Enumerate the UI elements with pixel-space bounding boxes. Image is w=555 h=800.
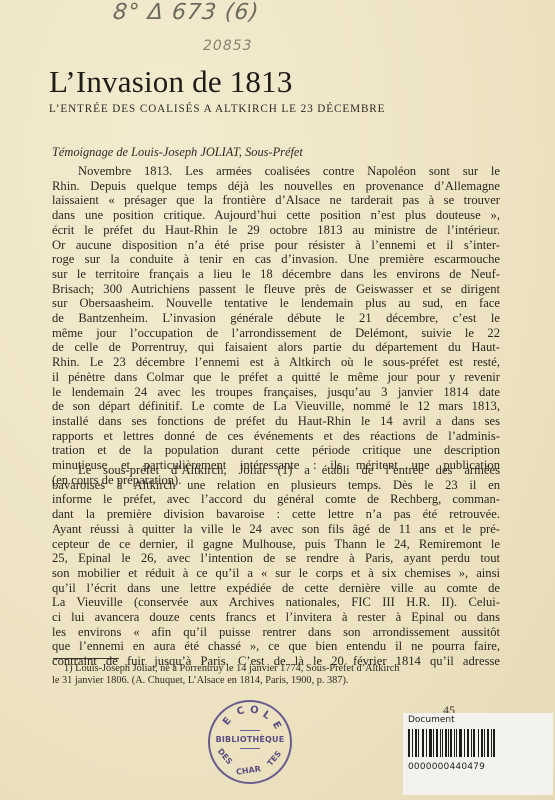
handwritten-shelfmark: 8° Δ 673 (6) — [112, 0, 261, 25]
text-line: Ayant réussi à quitter la ville le 24 av… — [52, 522, 500, 537]
text-line: Brisach; 300 Autrichiens passent le fleu… — [52, 282, 500, 297]
article-title: L’Invasion de 1813 — [49, 64, 293, 100]
stamp-top-arc-letter: E — [270, 720, 283, 731]
text-line: son mobilier et réduit à ce qu’il a « su… — [52, 566, 500, 581]
stamp-top-arc: E — [221, 715, 234, 727]
paragraph-1: Novembre 1813. Les armées coalisées cont… — [52, 164, 500, 487]
article-subtitle: L’ENTRÉE DES COALISÉS A ALTKIRCH LE 23 D… — [49, 103, 385, 115]
footnote: 1) Louis-Joseph Joliat, né à Porrentruy … — [52, 663, 500, 688]
text-line: 25, Epinal le 26, avec l’intention de se… — [52, 551, 500, 566]
stamp-top-arc-letter: C — [235, 705, 246, 718]
text-line: de celle de Porrentruy, qui faisaient al… — [52, 340, 500, 355]
text-line: laissaient « présager que la frontière d… — [52, 193, 500, 208]
stamp-top-arc-letter: O — [249, 704, 259, 716]
text-line: dant la première division bavaroise : ce… — [52, 507, 500, 522]
text-line: dans une position critique. Aujourd’hui … — [52, 208, 500, 223]
paragraph-2: Le sous-préfet d’Altkirch, Joliat (1) a … — [52, 463, 500, 669]
barcode-number: 0000000440479 — [408, 762, 485, 772]
stamp-rule — [240, 748, 260, 749]
text-line: sur le territoire français a lieu le 18 … — [52, 267, 500, 282]
stamp-bottom-arc-letter: DES — [216, 747, 234, 766]
stamp-center-text: BIBLIOTHÈQUE — [210, 735, 290, 744]
text-line: Le sous-préfet d’Altkirch, Joliat (1) a … — [52, 463, 500, 478]
text-line: installé dans ses fonctions de préfet du… — [52, 414, 500, 429]
footnote-line: 1) Louis-Joseph Joliat, né à Porrentruy … — [52, 663, 500, 675]
text-line: de son départ définitif. Le comte de La … — [52, 399, 500, 414]
text-line: roge sur la conduite à tenir en cas d’in… — [52, 252, 500, 267]
text-line: cepteur de ce dernier, il gagne Mulhouse… — [52, 537, 500, 552]
stamp-bottom-arc-letter: CHAR — [235, 764, 261, 776]
library-stamp: E C O L E BIBLIOTHÈQUE DES CHAR TES — [208, 700, 292, 784]
footnote-divider — [53, 658, 119, 659]
text-line: Or aucune disposition n’a été prise pour… — [52, 238, 500, 253]
barcode-label: Document 0000000440479 — [403, 713, 553, 795]
text-line: le lendemain 24 avec les troupes françai… — [52, 385, 500, 400]
article-byline: Témoignage de Louis-Joseph JOLIAT, Sous-… — [52, 145, 303, 160]
text-line: qu’il l’écrit dans une lettre expédiée d… — [52, 581, 500, 596]
text-line: de Bantzenheim. L’invasion générale débu… — [52, 311, 500, 326]
stamp-bottom-arc-letter: TES — [266, 749, 284, 768]
barcode-icon — [408, 729, 520, 757]
text-line: Rhin. Depuis quelque temps déjà les nouv… — [52, 179, 500, 194]
text-line: rapports et lettres donné de ces événeme… — [52, 429, 500, 444]
text-line: informe le préfet, avec l’accord du géné… — [52, 492, 500, 507]
text-line: Rhin. Le 23 décembre l’ennemi est à Altk… — [52, 355, 500, 370]
footnote-line: le 31 janvier 1806. (A. Chuquet, L’Alsac… — [52, 675, 500, 687]
text-line: les environs « afin qu’il puisse rentrer… — [52, 625, 500, 640]
text-line: Novembre 1813. Les armées coalisées cont… — [52, 164, 500, 179]
text-line: il pénètre dans Colmar que le préfet a q… — [52, 370, 500, 385]
text-line: même jour l’occupation de l’arrondisseme… — [52, 326, 500, 341]
text-line: écrit le préfet du Haut-Rhin le 29 octob… — [52, 223, 500, 238]
text-line: ci lui avancera douze cents francs et l’… — [52, 610, 500, 625]
barcode-title: Document — [408, 715, 455, 725]
stamp-rule — [240, 730, 260, 731]
text-line: sur Obersaasheim. Nouvelle tentative le … — [52, 296, 500, 311]
text-line: La Vieuville (conservée aux Archives nat… — [52, 595, 500, 610]
text-line: tration et de la population durant cette… — [52, 443, 500, 458]
stamp-top-arc-letter: L — [260, 709, 272, 722]
text-line: bavaroises à Altkirch une relation en pl… — [52, 478, 500, 493]
handwritten-accession-number: 20853 — [203, 38, 253, 54]
text-line: que l’ennemi en aura été chassé », ce qu… — [52, 639, 500, 654]
